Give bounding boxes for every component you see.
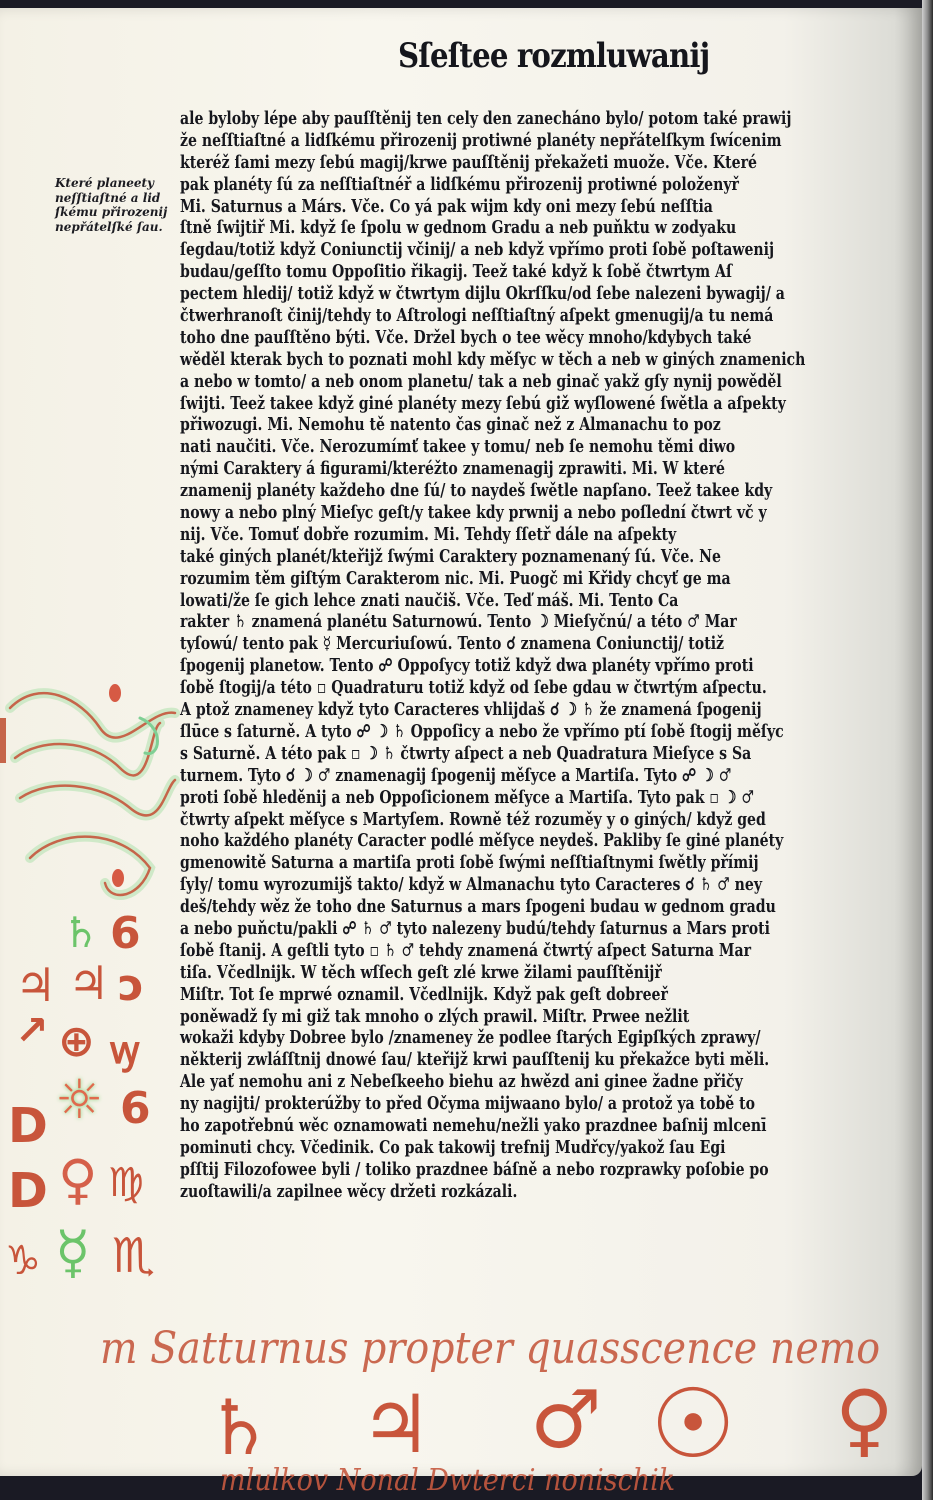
scorpio-symbol-icon: ♏	[112, 1228, 155, 1284]
body-text: ale byloby lépe aby pauſſtěnij ten cely …	[180, 108, 870, 1203]
text-line: čtwrty aſpekt měſyce s Martyſem. Rowně t…	[180, 809, 732, 831]
text-line: znamenij planéty každeho dne ſú/ to nayd…	[180, 480, 732, 502]
leo-symbol-icon: ꝡ	[110, 1023, 140, 1075]
venus-glyph-icon: ♀	[835, 1373, 894, 1466]
swirl-drawing-icon	[0, 668, 180, 918]
inscription-line: mlulkov Nonal Dwterci nonischik	[220, 1463, 675, 1498]
text-line: pſſtij Filozofowee byli / toliko prazdne…	[180, 1159, 732, 1181]
text-line: a nebo w tomto/ a neb onom planetu/ tak …	[180, 371, 732, 393]
text-line: ſobě ſtanij. A geſtli tyto ▫ ♄ ♂ tehdy z…	[180, 940, 732, 962]
text-line: budau/geſſto tomu Oppoſitio řikagij. Tee…	[180, 261, 732, 283]
text-line: také giných planét/kteřijž ſwými Carakte…	[180, 546, 732, 568]
page-heading: Sſeſtee rozmluwanij	[398, 36, 709, 76]
text-line: ſegdau/totiž když Coniunctij včinij/ a n…	[180, 239, 732, 261]
text-line: ny nagijti/ prokterúžby to před Očyma mi…	[180, 1093, 732, 1115]
jupiter-symbol-icon: ♃	[15, 958, 56, 1012]
text-line: ho zapotřebnú wěc oznamowati nemehu/nežl…	[180, 1115, 732, 1137]
virgo-symbol-icon: ♍	[108, 1160, 144, 1206]
capricorn-symbol-icon: ♑	[5, 1238, 41, 1284]
text-line: rozumim těm giſtým Carakterom nic. Mi. P…	[180, 568, 732, 590]
text-line: ſpogenij planetow. Tento ☍ Oppoſycy toti…	[180, 655, 732, 677]
text-line: turnem. Tyto ☌ ☽ ♂ znamenagij ſpogenij m…	[180, 765, 732, 787]
text-line: a nebo puňctu/pakli ☍ ♄ ♂ tyto nalezeny …	[180, 918, 732, 940]
taurus-symbol-icon: 6	[110, 908, 141, 959]
sagittarius-symbol-icon: ↗	[15, 1008, 49, 1054]
text-line: Ale yať nemohu ani z Nebeſkeeho biehu az…	[180, 1071, 732, 1093]
text-line: poněwadž ſy mi giž tak mnoho o zlých pra…	[180, 1006, 732, 1028]
text-line: ſwijti. Teež takee když giné planéty mez…	[180, 393, 732, 415]
text-line: ale byloby lépe aby pauſſtěnij ten cely …	[180, 108, 732, 130]
text-line: čtwerhranoſt činij/tehdy to Aſtrologi ne…	[180, 305, 732, 327]
text-line: kteréž ſami mezy ſebú magij/krwe pauſſtě…	[180, 152, 732, 174]
text-line: pak planéty ſú za neſſtiaſtnéř a lidſkém…	[180, 174, 732, 196]
mercury-symbol-icon: ☿	[55, 1218, 91, 1286]
moon-symbol-icon: D	[8, 1163, 48, 1219]
text-line: nými Caraktery á figurami/kteréžto zname…	[180, 458, 732, 480]
text-line: pectem hledij/ totiž když w čtwrtym dijl…	[180, 283, 732, 305]
text-line: ſobě ſtogij/a této ▫ Quadraturu totiž kd…	[180, 677, 732, 699]
text-line: některij zwláſſtnij dnowé ſau/ kteřijž k…	[180, 1049, 732, 1071]
page-edge	[922, 0, 933, 1500]
mars-glyph-icon: ♂	[530, 1373, 602, 1466]
text-line: nowy a nebo plný Mieſyc geſt/y takee kdy…	[180, 502, 732, 524]
saturn-symbol-icon: ♄	[62, 908, 100, 957]
jupiter-symbol-icon: ♃	[68, 956, 109, 1010]
sun-symbol-icon: ☼	[55, 1068, 103, 1131]
text-line: přiwozugi. Mi. Nemohu tě natento čas gin…	[180, 414, 732, 436]
text-line: toho dne pauſſtěno býti. Vče. Držel bych…	[180, 327, 732, 349]
bottom-inscription: m Satturnus propter quasscence nemo ♄ ♃ …	[0, 1318, 933, 1488]
text-line: noho každého planéty Caracter podlé měſy…	[180, 830, 732, 852]
text-line: s Saturně. A této pak ▫ ☽ ♄ čtwrty aſpec…	[180, 743, 732, 765]
text-line: ſlūce s ſaturně. A tyto ☍ ☽ ♄ Oppoſicy a…	[180, 721, 732, 743]
text-line: tiſa. Včedlnijk. W těch wſſech geſt zlé …	[180, 962, 732, 984]
taurus-symbol-icon: 6	[120, 1083, 151, 1134]
saturn-glyph-icon: ♄	[205, 1383, 273, 1472]
cancer-symbol-icon: ↄ	[118, 960, 144, 1011]
text-line: wěděl kterak bych to poznati mohl kdy mě…	[180, 349, 732, 371]
marginal-note: Které planeety neſſtiaſtné a lid ſkému p…	[55, 176, 185, 234]
marginal-note-line: neſſtiaſtné a lid	[55, 191, 185, 206]
text-line: Miſtr. Tot ſe mprwé oznamil. Včedlnijk. …	[180, 984, 732, 1006]
text-line: rakter ♄ znamená planétu Saturnowú. Tent…	[180, 611, 732, 633]
text-line: nij. Vče. Tomuť dobře rozumim. Mi. Tehdy…	[180, 524, 732, 546]
text-line: že neſſtiaſtné a lidſkému přirozenij pro…	[180, 130, 732, 152]
marginal-note-line: ſkému přirozenij	[55, 205, 185, 220]
text-line: proti ſobě hleděnij a neb Oppoſicionem m…	[180, 787, 732, 809]
astrological-symbols-drawing: ♄ 6 ♃ ♃ ↄ ↗ ⊕ ꝡ ☼ 6 D ♀ ♍ D ☿ ♏ ♑	[0, 898, 170, 1318]
marginal-note-line: nepřátelſké ſau.	[55, 220, 185, 235]
venus-symbol-icon: ♀	[58, 1148, 98, 1211]
text-line: wokaži kdyby Dobree bylo /znameney že po…	[180, 1027, 732, 1049]
text-line: deš/tehdy wěz že toho dne Saturnus a mar…	[180, 896, 732, 918]
text-line: nati naučiti. Vče. Nerozumímť takee y to…	[180, 436, 732, 458]
text-line: ſtně ſwijtiř Mi. když ſe ſpolu w gednom …	[180, 217, 732, 239]
text-line: ſyly/ tomu wyrozumijš takto/ když w Alma…	[180, 874, 732, 896]
text-line: lowati/že ſe gich lehce znati naučiš. Vč…	[180, 590, 732, 612]
mars-symbol-icon: ⊕	[58, 1016, 95, 1067]
text-line: gmenowitě Saturna a martiſa proti ſobě ſ…	[180, 852, 732, 874]
text-line: A ptož znameney když tyto Caracteres vhl…	[180, 699, 732, 721]
book-page: Sſeſtee rozmluwanij Které planeety neſſt…	[0, 8, 922, 1476]
jupiter-glyph-icon: ♃	[360, 1378, 432, 1471]
inscription-line: m Satturnus propter quasscence nemo	[100, 1323, 880, 1374]
text-line: zuoſtawili/a zapilnee wěcy držeti rozkáz…	[180, 1181, 732, 1203]
moon-symbol-icon: D	[8, 1098, 48, 1154]
text-line: Mi. Saturnus a Márs. Vče. Co yá pak wijm…	[180, 196, 732, 218]
text-line: pominuti chcy. Včedinik. Co pak takowij …	[180, 1137, 732, 1159]
text-line: tyſowú/ tento pak ☿ Mercuriuſowú. Tento …	[180, 633, 732, 655]
marginal-note-line: Které planeety	[55, 176, 185, 191]
